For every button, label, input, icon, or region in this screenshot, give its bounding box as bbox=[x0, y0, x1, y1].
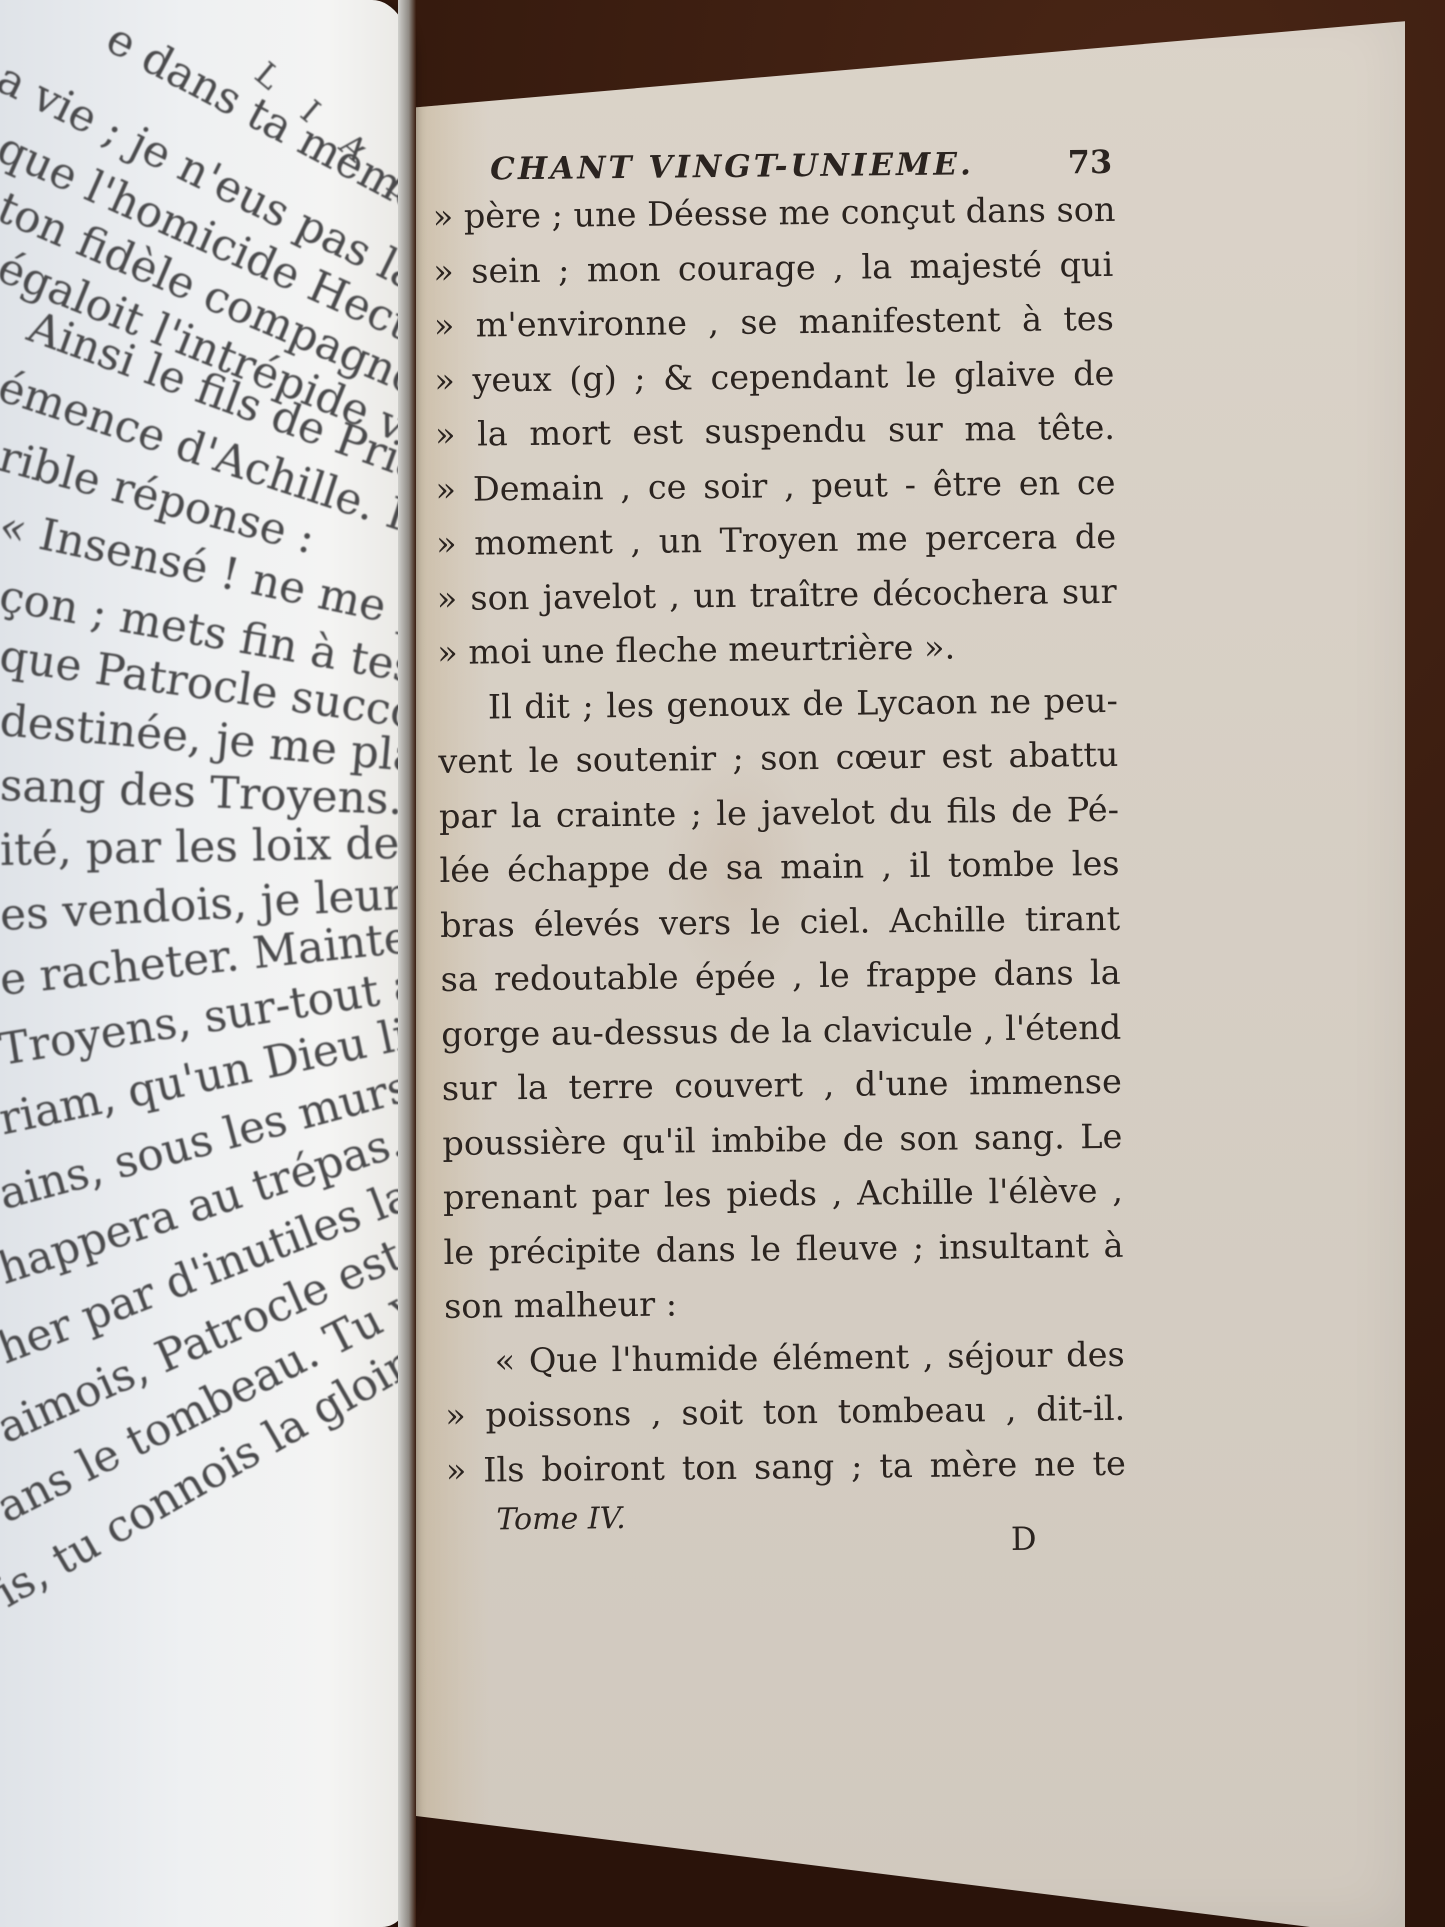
text-line: le précipite dans le fleuve ; insultant … bbox=[443, 1218, 1124, 1280]
text-line: » la mort est suspendu sur ma tête. bbox=[435, 401, 1116, 463]
page-footer: Tome IV. D bbox=[446, 1493, 1126, 1538]
text-line: » moi une fleche meurtrière ». bbox=[437, 619, 1118, 681]
text-line: » Demain , ce soir , peut - être en ce bbox=[435, 455, 1116, 517]
page-number: 73 bbox=[1067, 143, 1112, 181]
text-line: prenant par les pieds , Achille l'élève … bbox=[443, 1164, 1124, 1226]
text-line: vent le soutenir ; son cœur est abattu bbox=[438, 728, 1119, 790]
volume-label: Tome IV. bbox=[496, 1501, 626, 1537]
text-line: gorge au-dessus de la clavicule , l'éten… bbox=[441, 1000, 1122, 1062]
text-line: » poissons , soit ton tombeau , dit-il. bbox=[445, 1382, 1126, 1444]
text-line: son malheur : bbox=[444, 1273, 1125, 1335]
left-text-line: ité, par les loix de la gue bbox=[0, 815, 412, 876]
text-line: » père ; une Déesse me conçut dans son bbox=[432, 183, 1113, 245]
text-line: bras élevés vers le ciel. Achille tirant bbox=[440, 891, 1121, 953]
paragraph-start-line: Il dit ; les genoux de Lycaon ne peu- bbox=[438, 673, 1119, 735]
right-page: CHANT VINGT-UNIEME. 73 » père ; une Dées… bbox=[432, 143, 1126, 1538]
signature-mark: D bbox=[1011, 1520, 1037, 1558]
chapter-title: CHANT VINGT-UNIEME. bbox=[490, 146, 974, 187]
text-line: » Ils boiront ton sang ; ta mère ne te bbox=[446, 1436, 1127, 1498]
text-line: par la crainte ; le javelot du fils de P… bbox=[439, 782, 1120, 844]
text-line: sur la terre couvert , d'une immense bbox=[442, 1055, 1123, 1117]
book-gutter bbox=[398, 0, 416, 1927]
paragraph-start-line: « Que l'humide élément , séjour des bbox=[444, 1327, 1125, 1389]
text-line: poussière qu'il imbibe de son sang. Le bbox=[442, 1109, 1123, 1171]
running-head: CHANT VINGT-UNIEME. 73 bbox=[432, 143, 1112, 188]
left-page: L I A D E e dans ta mémoire ; a vie ; je… bbox=[0, 0, 412, 1927]
text-line: » son javelot , un traître décochera sur bbox=[436, 564, 1117, 626]
text-line: sa redoutable épée , le frappe dans la bbox=[440, 946, 1121, 1008]
text-line: » sein ; mon courage , la majesté qui bbox=[433, 237, 1114, 299]
text-line: » moment , un Troyen me percera de bbox=[436, 510, 1117, 572]
text-line: » m'environne , se manifestent à tes bbox=[434, 292, 1115, 354]
text-line: lée échappe de sa main , il tombe les bbox=[439, 837, 1120, 899]
text-line: » yeux (g) ; & cependant le glaive de bbox=[434, 346, 1115, 408]
